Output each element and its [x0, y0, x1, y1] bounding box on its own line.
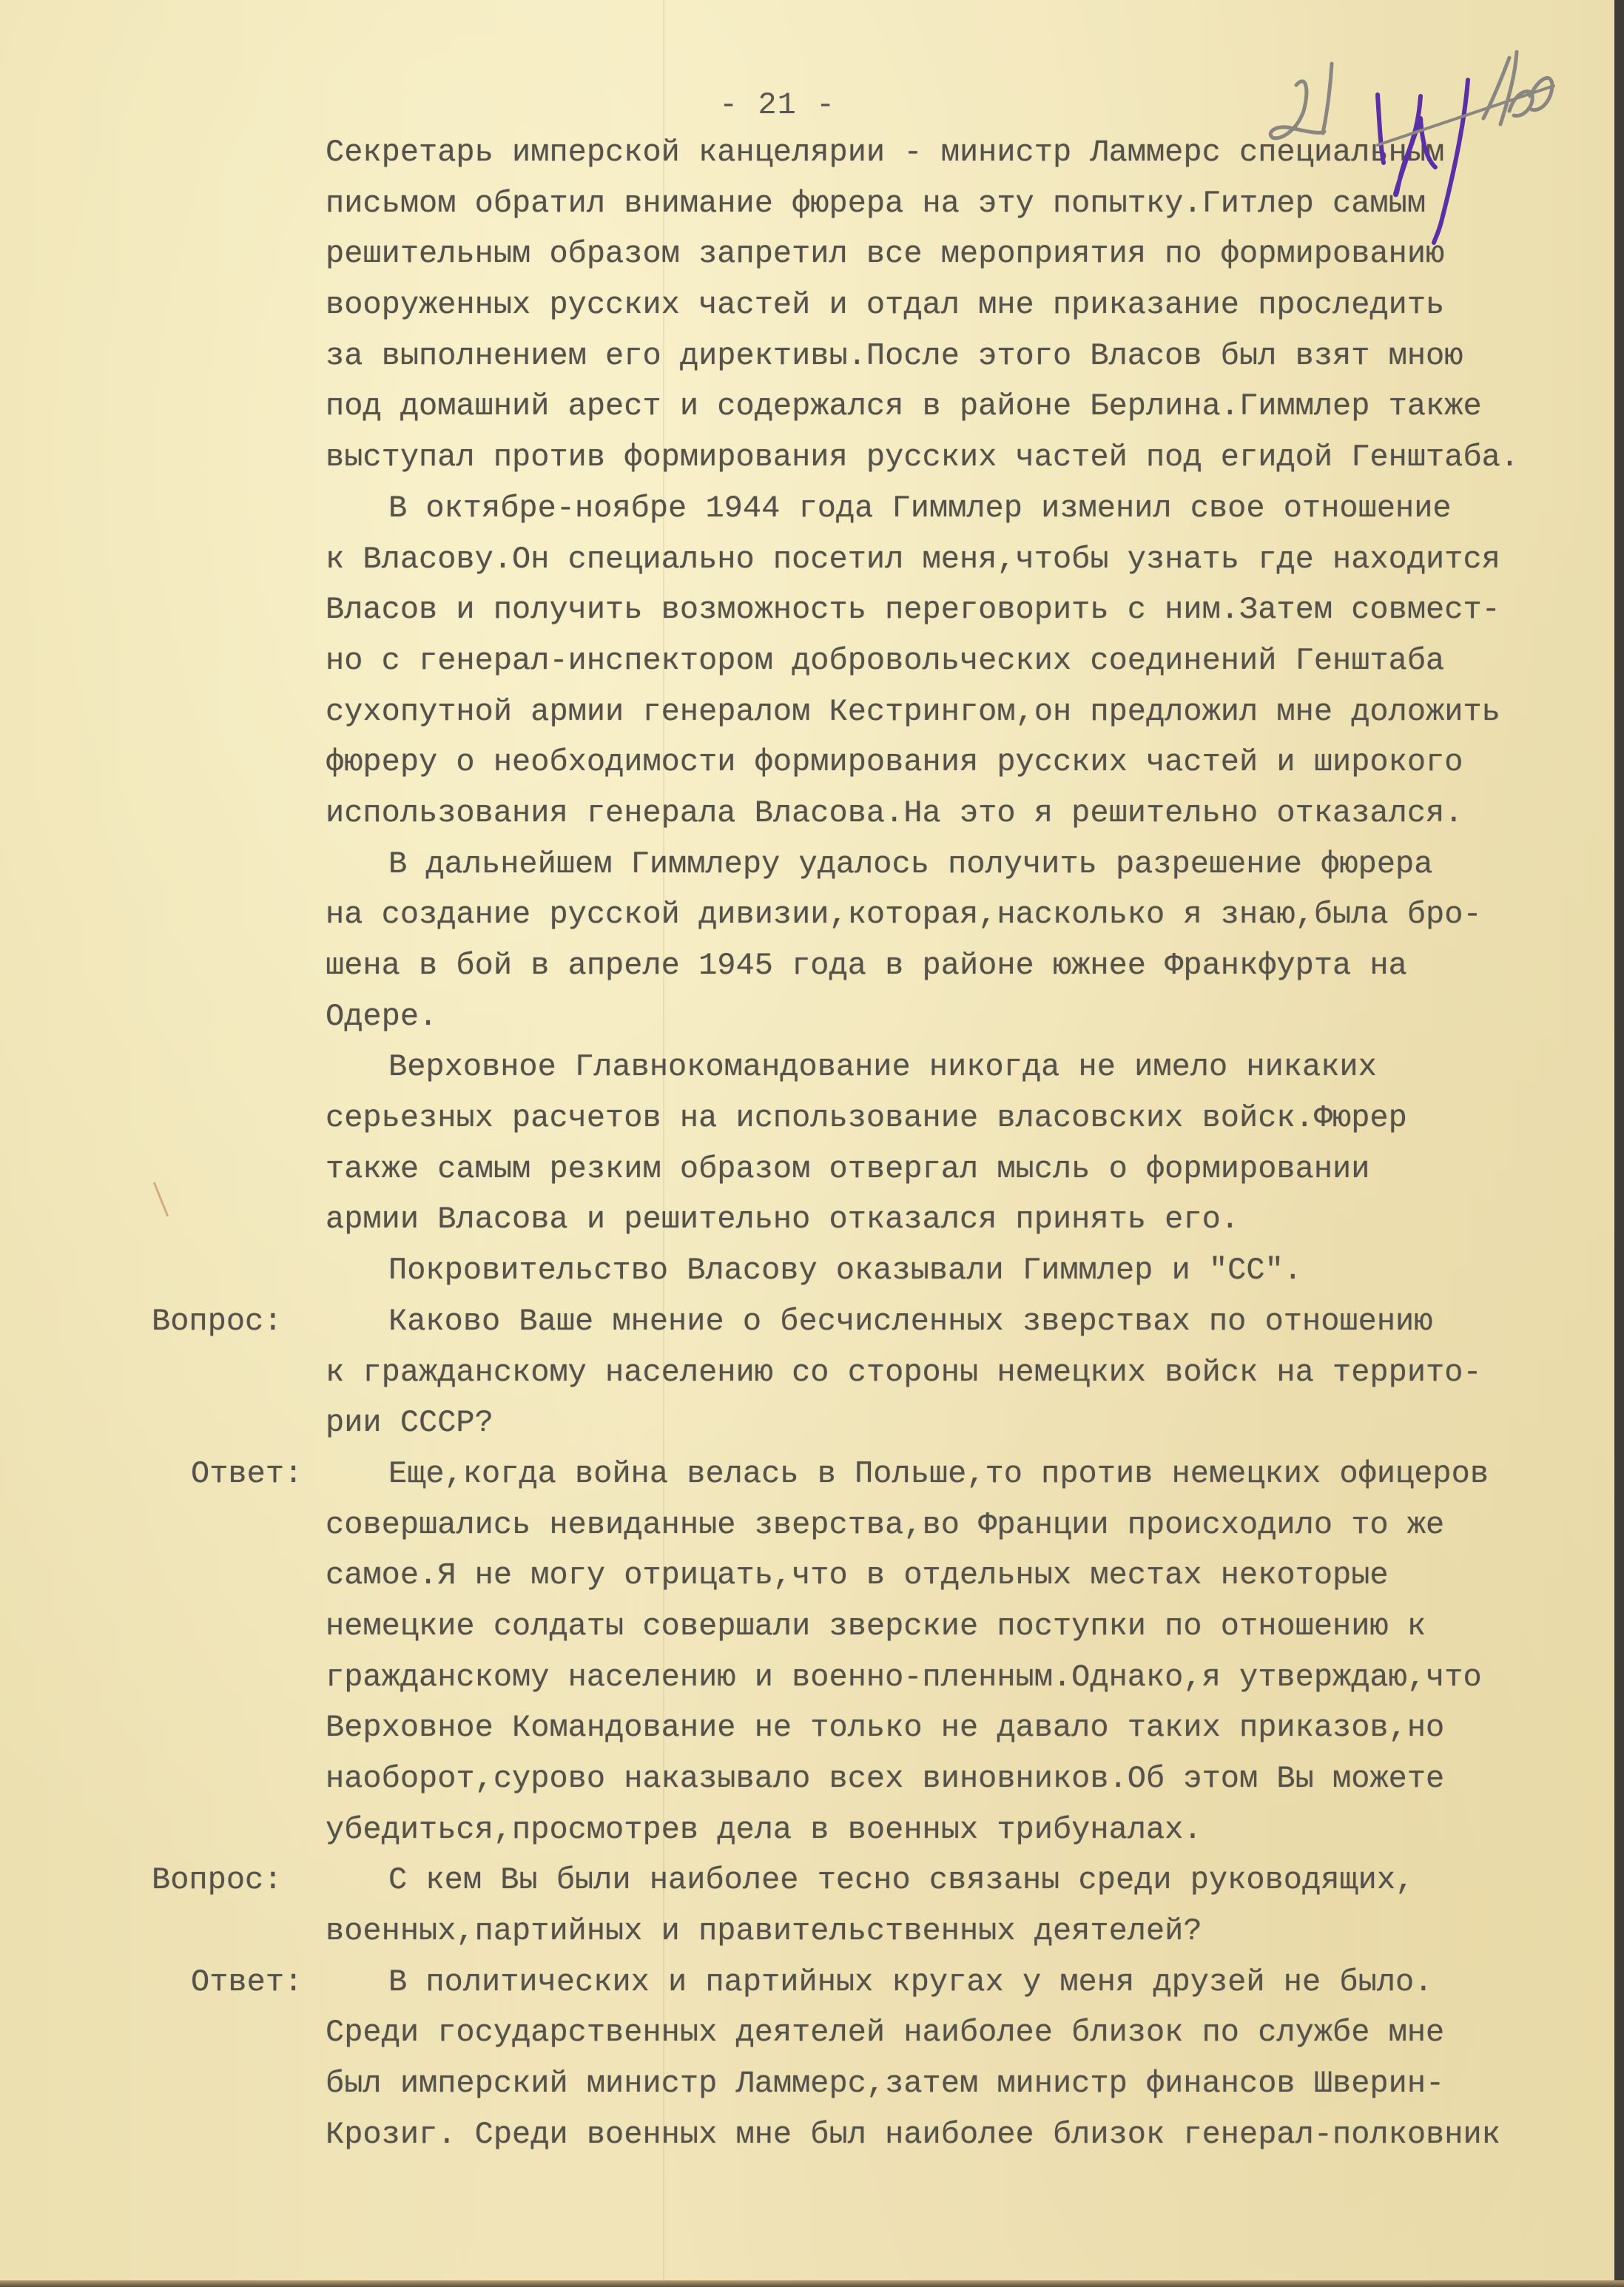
- text-line: выступал против формирования русских час…: [0, 432, 1614, 483]
- text-line: использования генерала Власова.На это я …: [0, 788, 1614, 839]
- line-text: серьезных расчетов на использование влас…: [326, 1093, 1407, 1144]
- text-line: также самым резким образом отвергал мысл…: [0, 1144, 1614, 1195]
- line-text: В октябре-ноябре 1944 года Гиммлер измен…: [388, 483, 1452, 534]
- text-line: сухопутной армии генералом Кестрингом,он…: [0, 687, 1614, 738]
- line-text: шена в бой в апреле 1945 года в районе ю…: [326, 940, 1407, 991]
- text-line: но с генерал-инспектором добровольческих…: [0, 636, 1614, 687]
- text-line: шена в бой в апреле 1945 года в районе ю…: [0, 940, 1614, 991]
- line-text: убедиться,просмотрев дела в военных триб…: [326, 1805, 1202, 1856]
- text-line: был имперский министр Ламмерс,затем мини…: [0, 2058, 1614, 2109]
- paragraph-start-line: Покровительство Власову оказывали Гиммле…: [0, 1245, 1614, 1296]
- line-text: Еще,когда война велась в Польше,то проти…: [388, 1449, 1489, 1500]
- line-text: был имперский министр Ламмерс,затем мини…: [326, 2058, 1444, 2109]
- answer-label: Ответ:: [191, 1449, 303, 1500]
- line-text: Власов и получить возможность переговори…: [326, 585, 1500, 636]
- text-line: фюреру о необходимости формирования русс…: [0, 737, 1614, 788]
- answer-line: Ответ:В политических и партийных кругах …: [0, 1957, 1614, 2008]
- text-line: под домашний арест и содержался в районе…: [0, 381, 1614, 432]
- line-text: самое.Я не могу отрицать,что в отдельных…: [326, 1550, 1389, 1601]
- line-text: вооруженных русских частей и отдал мне п…: [326, 280, 1444, 331]
- scan-bottom-edge: [0, 2280, 1624, 2287]
- line-text: письмом обратил внимание фюрера на эту п…: [326, 178, 1426, 229]
- line-text: Верховное Командование не только не дава…: [326, 1702, 1444, 1754]
- line-text: Среди государственных деятелей наиболее …: [326, 2007, 1444, 2058]
- text-line: решительным образом запретил все меропри…: [0, 229, 1614, 280]
- line-text: Каково Ваше мнение о бесчисленных зверст…: [388, 1296, 1432, 1347]
- line-text: рии СССР?: [326, 1398, 493, 1449]
- question-label: Вопрос:: [152, 1296, 282, 1347]
- line-text: к гражданскому населению со стороны неме…: [326, 1347, 1482, 1398]
- text-line: армии Власова и решительно отказался при…: [0, 1194, 1614, 1245]
- text-line: письмом обратил внимание фюрера на эту п…: [0, 178, 1614, 229]
- line-text: Покровительство Власову оказывали Гиммле…: [388, 1245, 1302, 1296]
- text-line: на создание русской дивизии,которая,наск…: [0, 889, 1614, 940]
- line-text: Одере.: [326, 991, 437, 1043]
- page-number: - 21 -: [719, 80, 835, 130]
- question-label: Вопрос:: [152, 1855, 282, 1906]
- scan-right-edge: [1614, 0, 1624, 2287]
- line-text: но с генерал-инспектором добровольческих…: [326, 636, 1444, 687]
- paragraph-start-line: Верховное Главнокомандование никогда не …: [0, 1042, 1614, 1093]
- line-text: на создание русской дивизии,которая,наск…: [326, 889, 1482, 940]
- line-text: В дальнейшем Гиммлеру удалось получить р…: [388, 839, 1432, 890]
- line-text: к Власову.Он специально посетил меня,что…: [326, 534, 1500, 585]
- line-text: использования генерала Власова.На это я …: [326, 788, 1463, 839]
- text-line: серьезных расчетов на использование влас…: [0, 1093, 1614, 1144]
- line-text: Верховное Главнокомандование никогда не …: [388, 1042, 1377, 1093]
- typewritten-text: Секретарь имперской канцелярии - министр…: [0, 127, 1614, 2160]
- line-text: гражданскому населению и военно-пленным.…: [326, 1652, 1482, 1703]
- line-text: сухопутной армии генералом Кестрингом,он…: [326, 687, 1500, 738]
- text-line: убедиться,просмотрев дела в военных триб…: [0, 1805, 1614, 1856]
- text-line: Крозиг. Среди военных мне был наиболее б…: [0, 2109, 1614, 2160]
- line-text: немецкие солдаты совершали зверские пост…: [326, 1601, 1426, 1652]
- line-text: Секретарь имперской канцелярии - министр…: [326, 127, 1444, 178]
- text-line: к Власову.Он специально посетил меня,что…: [0, 534, 1614, 585]
- line-text: военных,партийных и правительственных де…: [326, 1906, 1202, 1957]
- text-line: совершались невиданные зверства,во Франц…: [0, 1500, 1614, 1551]
- line-text: под домашний арест и содержался в районе…: [326, 381, 1482, 432]
- line-text: фюреру о необходимости формирования русс…: [326, 737, 1463, 788]
- text-line: самое.Я не могу отрицать,что в отдельных…: [0, 1550, 1614, 1601]
- paragraph-start-line: В дальнейшем Гиммлеру удалось получить р…: [0, 839, 1614, 890]
- answer-label: Ответ:: [191, 1957, 303, 2008]
- line-text: за выполнением его директивы.После этого…: [326, 331, 1463, 382]
- text-line: за выполнением его директивы.После этого…: [0, 331, 1614, 382]
- text-line: Верховное Командование не только не дава…: [0, 1702, 1614, 1754]
- question-line: Вопрос:Каково Ваше мнение о бесчисленных…: [0, 1296, 1614, 1347]
- text-line: Власов и получить возможность переговори…: [0, 585, 1614, 636]
- answer-line: Ответ:Еще,когда война велась в Польше,то…: [0, 1449, 1614, 1500]
- line-text: армии Власова и решительно отказался при…: [326, 1194, 1239, 1245]
- line-text: решительным образом запретил все меропри…: [326, 229, 1444, 280]
- text-line: рии СССР?: [0, 1398, 1614, 1449]
- line-text: выступал против формирования русских час…: [326, 432, 1519, 483]
- line-text: наоборот,сурово наказывало всех виновник…: [326, 1754, 1444, 1805]
- line-text: В политических и партийных кругах у меня…: [388, 1957, 1432, 2008]
- line-text: Крозиг. Среди военных мне был наиболее б…: [326, 2109, 1500, 2160]
- paragraph-start-line: В октябре-ноябре 1944 года Гиммлер измен…: [0, 483, 1614, 534]
- text-line: к гражданскому населению со стороны неме…: [0, 1347, 1614, 1398]
- text-line: немецкие солдаты совершали зверские пост…: [0, 1601, 1614, 1652]
- text-line: гражданскому населению и военно-пленным.…: [0, 1652, 1614, 1703]
- text-line: наоборот,сурово наказывало всех виновник…: [0, 1754, 1614, 1805]
- line-text: совершались невиданные зверства,во Франц…: [326, 1500, 1444, 1551]
- question-line: Вопрос:С кем Вы были наиболее тесно связ…: [0, 1855, 1614, 1906]
- text-line: Одере.: [0, 991, 1614, 1043]
- text-line: военных,партийных и правительственных де…: [0, 1906, 1614, 1957]
- text-line: Среди государственных деятелей наиболее …: [0, 2007, 1614, 2058]
- text-line: Секретарь имперской канцелярии - министр…: [0, 127, 1614, 178]
- text-line: вооруженных русских частей и отдал мне п…: [0, 280, 1614, 331]
- line-text: также самым резким образом отвергал мысл…: [326, 1144, 1369, 1195]
- line-text: С кем Вы были наиболее тесно связаны сре…: [388, 1855, 1414, 1906]
